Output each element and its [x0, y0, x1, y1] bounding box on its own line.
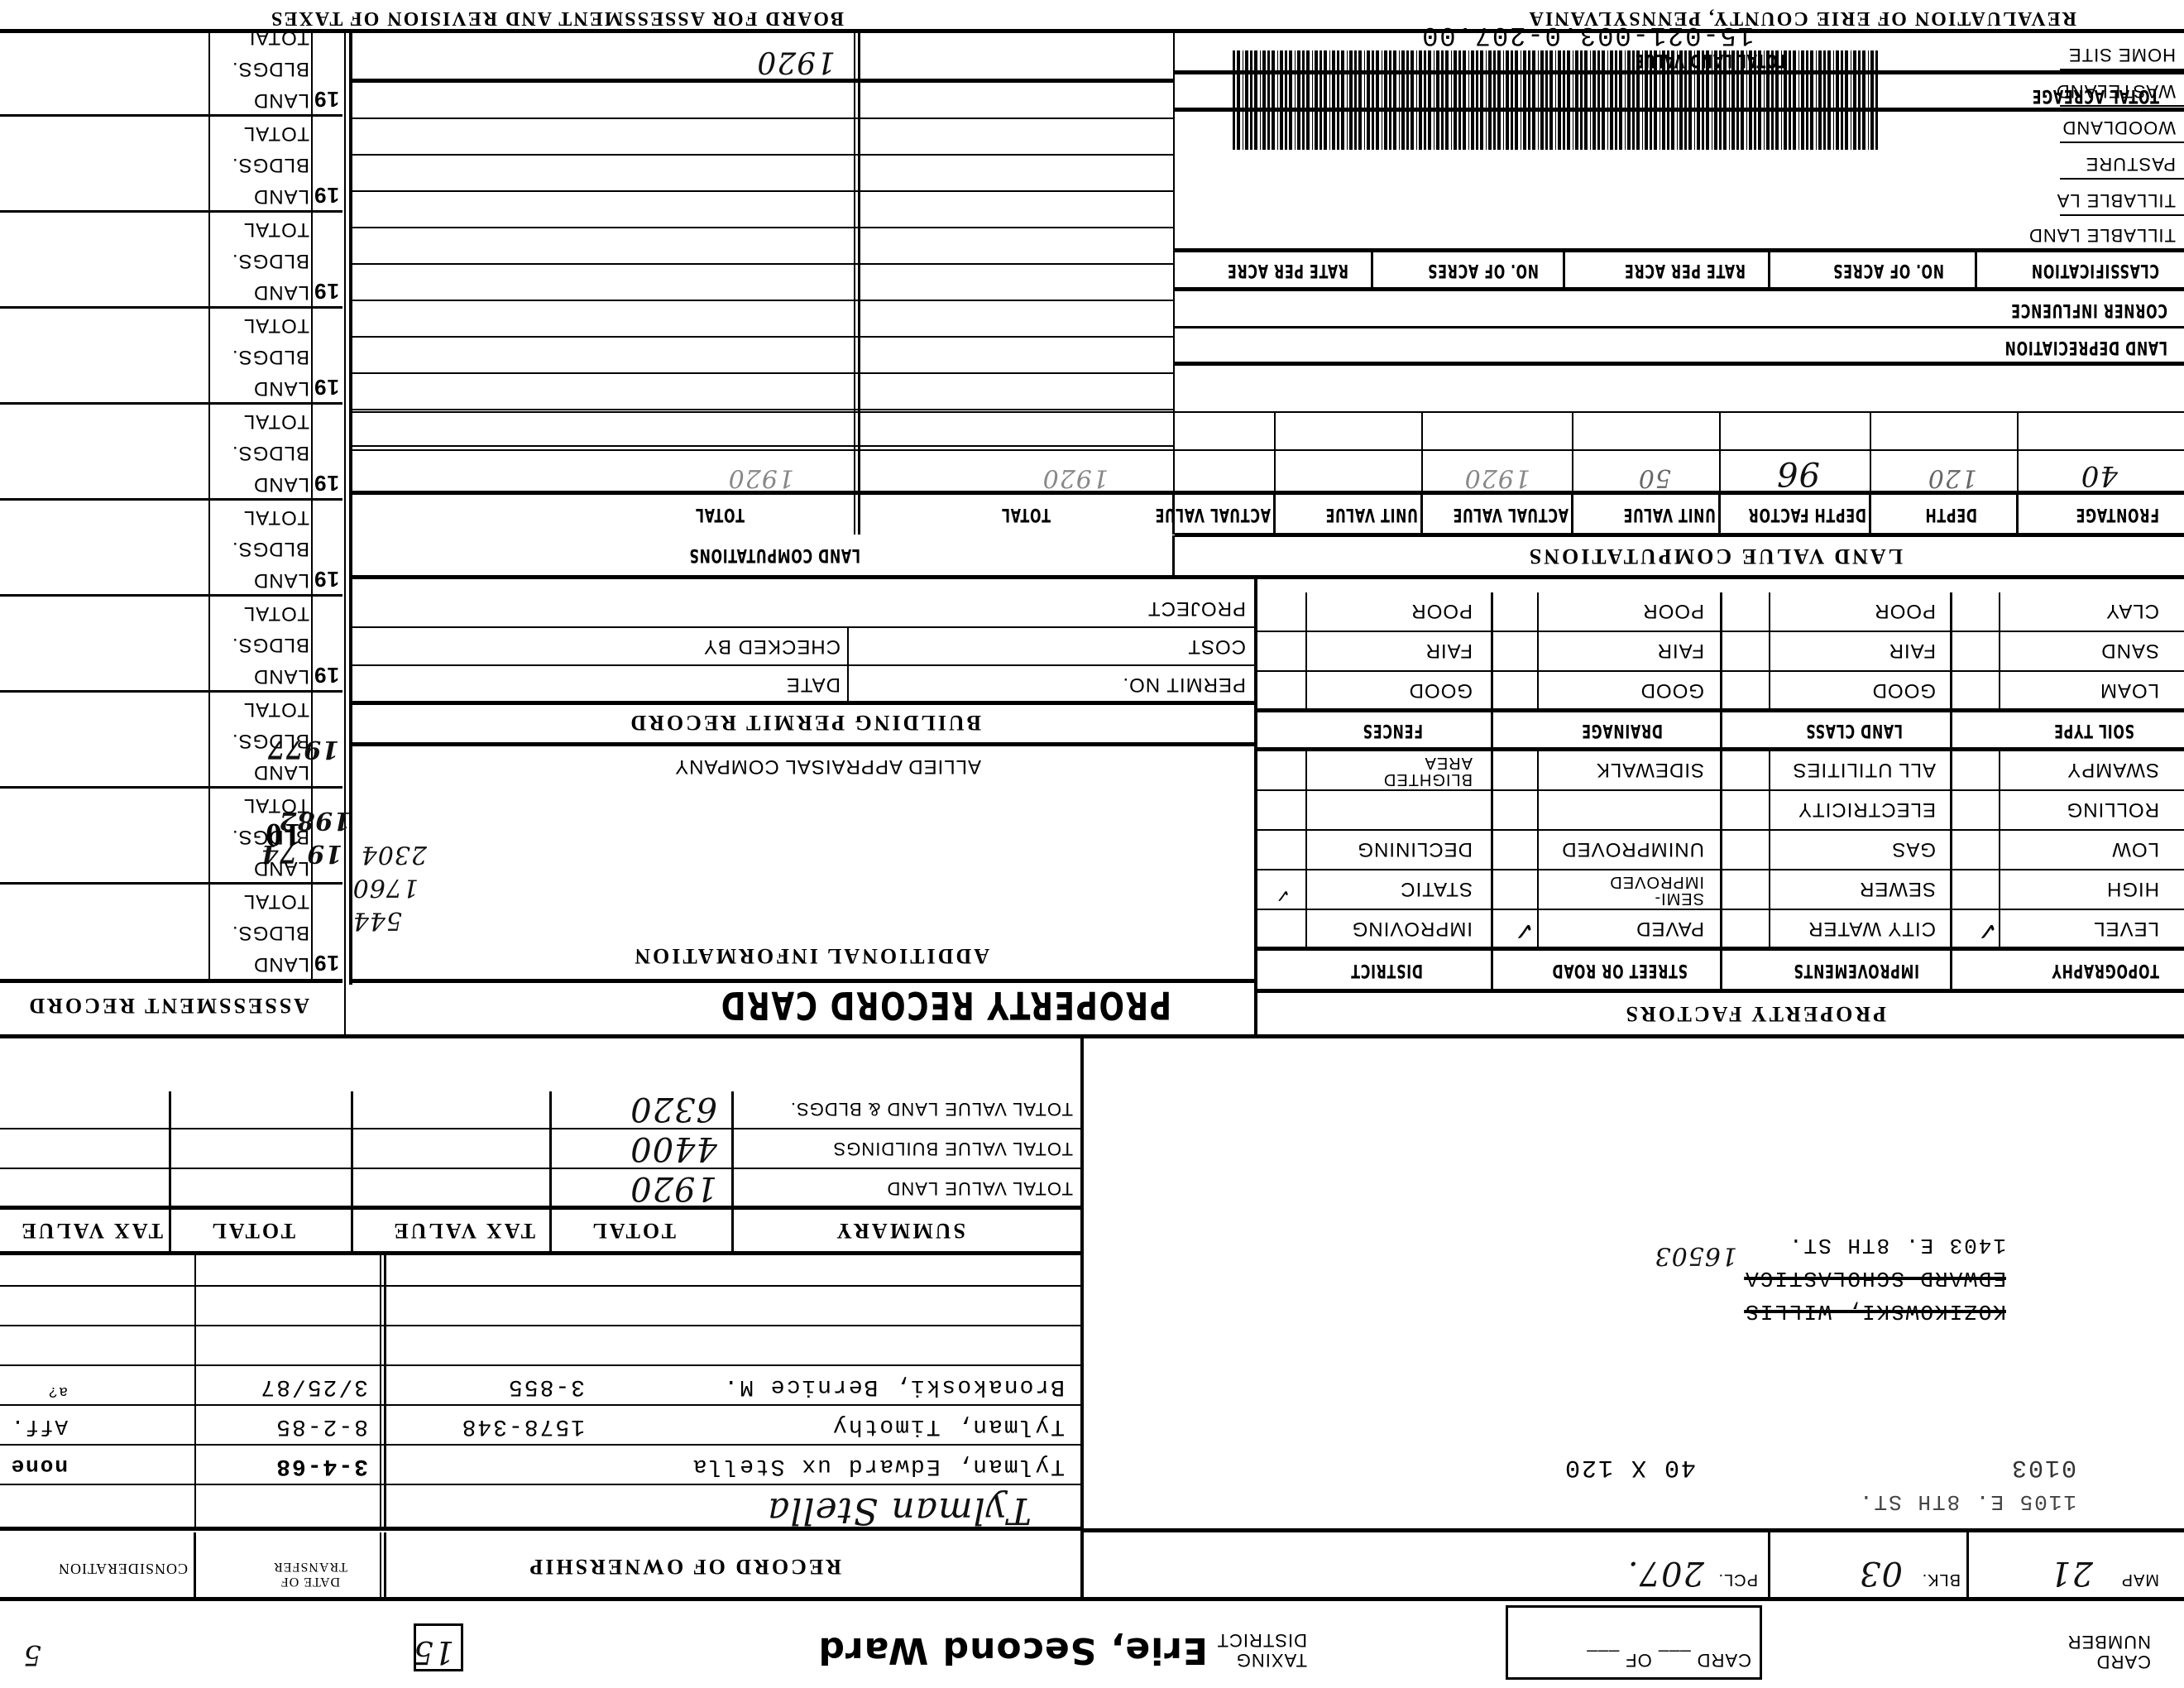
block-number[interactable]: 03	[1859, 1554, 1903, 1592]
code: 0103	[2010, 1453, 2076, 1481]
ownership-row[interactable]: Bronakoski, Bernice M. 3-855 3/25/87 a?	[0, 1366, 1081, 1404]
summary-table: TOTAL VALUE LAND 1920 TOTAL VALUE BUILDI…	[0, 1091, 1081, 1207]
property-factors-header: TOPOGRAPHY IMPROVEMENTS STREET OR ROAD D…	[1257, 951, 2184, 990]
previous-owner-struck: KOZIKOWSKI, WILLIS	[1744, 1299, 2006, 1324]
mailing-address: 1403 E. 8TH ST.	[1788, 1233, 2006, 1258]
assessment-year-block[interactable]: 19 LAND BLDGS. TOTAL	[0, 309, 342, 405]
soil-grid: LOAM GOOD GOOD GOOD SAND FAIR FAIR FAIR …	[1257, 594, 2184, 710]
lot-size: 40 X 120	[1564, 1453, 1696, 1481]
total-land-value-label: TOTAL LAND VALUE	[1635, 50, 1787, 70]
total-land-value: 1920	[756, 45, 836, 79]
assessment-year-block[interactable]: 19 LAND BLDGS. TOTAL	[0, 117, 342, 213]
ownership-table: Tylman Stella Tylman, Edward ux Stella 3…	[0, 1255, 1081, 1528]
summary-header: SUMMARY TOTAL TAX VALUE TOTAL TAX VALUE	[0, 1210, 1081, 1253]
stamp: 10	[263, 816, 301, 855]
additional-info-title: ADDITIONAL INFORMATION	[632, 943, 989, 968]
assessment-year-block[interactable]: 19 LAND BLDGS. TOTAL	[0, 501, 342, 597]
land-totals-column: 1920	[352, 33, 1175, 496]
summary-row-total[interactable]: TOTAL VALUE LAND & BLDGS. 6320	[0, 1090, 1081, 1128]
check-mark[interactable]: ✓	[1514, 916, 1535, 945]
assessment-year-block[interactable]: 19 LAND BLDGS. TOTAL	[0, 21, 342, 117]
cost-row[interactable]: COST CHECKED BY	[352, 628, 1254, 664]
zip-code: 16503	[1655, 1241, 1737, 1270]
acreage-header: CLASSIFICATION NO. OF ACRES RATE PER ACR…	[1175, 252, 2184, 289]
county-title: REVALUATION OF ERIE COUNTY, PENNSYLVANIA	[1528, 7, 2076, 29]
summary-row-buildings[interactable]: TOTAL VALUE BUILDINGS 4400	[0, 1129, 1081, 1168]
land-depreciation-label: LAND DEPRECIATION	[2004, 337, 2167, 357]
ownership-row[interactable]: Tylman, Edward ux Stella 3-4-68 none	[0, 1446, 1081, 1484]
total-acreage-label: TOTAL ACREAGE	[2032, 85, 2159, 106]
project-row[interactable]: PROJECT	[352, 590, 1254, 626]
record-card-middle: PROPERTY RECORD CARD ADDITIONAL INFORMAT…	[352, 571, 1254, 1034]
factor-grid: LEVEL ✓ CITY WATER PAVED ✓ IMPROVING HIG…	[1257, 758, 2184, 948]
boxed-number: 15	[414, 1623, 463, 1671]
ownership-header: RECORD OF OWNERSHIP DATE OF TRANSFER CON…	[0, 1532, 1081, 1599]
assessment-years: 19 LAND BLDGS. TOTAL 19 74 1982 LAND BLD…	[0, 29, 342, 981]
taxing-district-label: TAXING DISTRICT	[1208, 1630, 1307, 1670]
land-total-header: TOTAL TOTAL	[352, 495, 1175, 535]
board-title: BOARD FOR ASSESSMENT AND REVISION OF TAX…	[270, 7, 844, 29]
parcel-row: MAP 21 BLK. 03 PCL. 207.	[1084, 1532, 2184, 1599]
assessment-year-block[interactable]: 19 LAND BLDGS. TOTAL	[0, 213, 342, 309]
assessment-year-block[interactable]: 1977 LAND BLDGS. TOTAL	[0, 693, 342, 789]
parcel-number[interactable]: 207.	[1627, 1554, 1704, 1592]
property-record-card: CARD NUMBER CARD ___ OF ___ TAXING DISTR…	[0, 0, 2184, 1688]
map-number[interactable]: 21	[2049, 1554, 2093, 1592]
ownership-row[interactable]: Tylman Stella	[0, 1485, 1081, 1528]
soil-header: SOIL TYPE LAND CLASS DRAINAGE FENCES	[1257, 712, 2184, 749]
check-mark[interactable]: ✓	[1276, 885, 1291, 905]
address-line: 1105 E. 8TH ST.	[1858, 1489, 2076, 1514]
divider	[0, 1034, 2184, 1038]
previous-owner2-struck: EDWARD SCHOLASTICA	[1744, 1266, 2006, 1291]
assessment-year-block[interactable]: 19 LAND BLDGS. TOTAL	[0, 885, 342, 981]
land-value-header: FRONTAGE DEPTH DEPTH FACTOR UNIT VALUE A…	[1175, 495, 2184, 535]
card-number-label: CARD NUMBER	[2060, 1632, 2151, 1671]
permit-row[interactable]: PERMIT NO. DATE	[352, 666, 1254, 703]
corner-influence-label: CORNER INFLUENCE	[2011, 300, 2167, 320]
card-of-box[interactable]: CARD ___ OF ___	[1506, 1605, 1762, 1680]
assessment-year-block[interactable]: 19 LAND BLDGS. TOTAL	[0, 405, 342, 501]
check-mark[interactable]: ✓	[1977, 916, 1998, 945]
summary-row-land[interactable]: TOTAL VALUE LAND 1920	[0, 1169, 1081, 1207]
assessment-year-block[interactable]: 19 74 1982 LAND BLDGS. 10 TOTAL	[0, 789, 342, 885]
building-permit-title: BUILDING PERMIT RECORD	[628, 710, 981, 735]
page-title: PROPERTY RECORD CARD	[720, 983, 1171, 1028]
ownership-row[interactable]: Tylman, Timothy 1578-348 8-2-85 Aff.	[0, 1406, 1081, 1444]
taxing-district: Erie, Second Ward	[817, 1629, 1208, 1671]
card-of-label: CARD ___ OF ___	[1586, 1649, 1751, 1671]
corner-mark: 5	[22, 1638, 41, 1671]
property-factors: PROPERTY FACTORS TOPOGRAPHY IMPROVEMENTS…	[1257, 579, 2184, 1034]
assessment-year-block[interactable]: 19 LAND BLDGS. TOTAL	[0, 597, 342, 693]
allied-company: ALLIED APPRAISAL COMPANY	[674, 755, 981, 778]
